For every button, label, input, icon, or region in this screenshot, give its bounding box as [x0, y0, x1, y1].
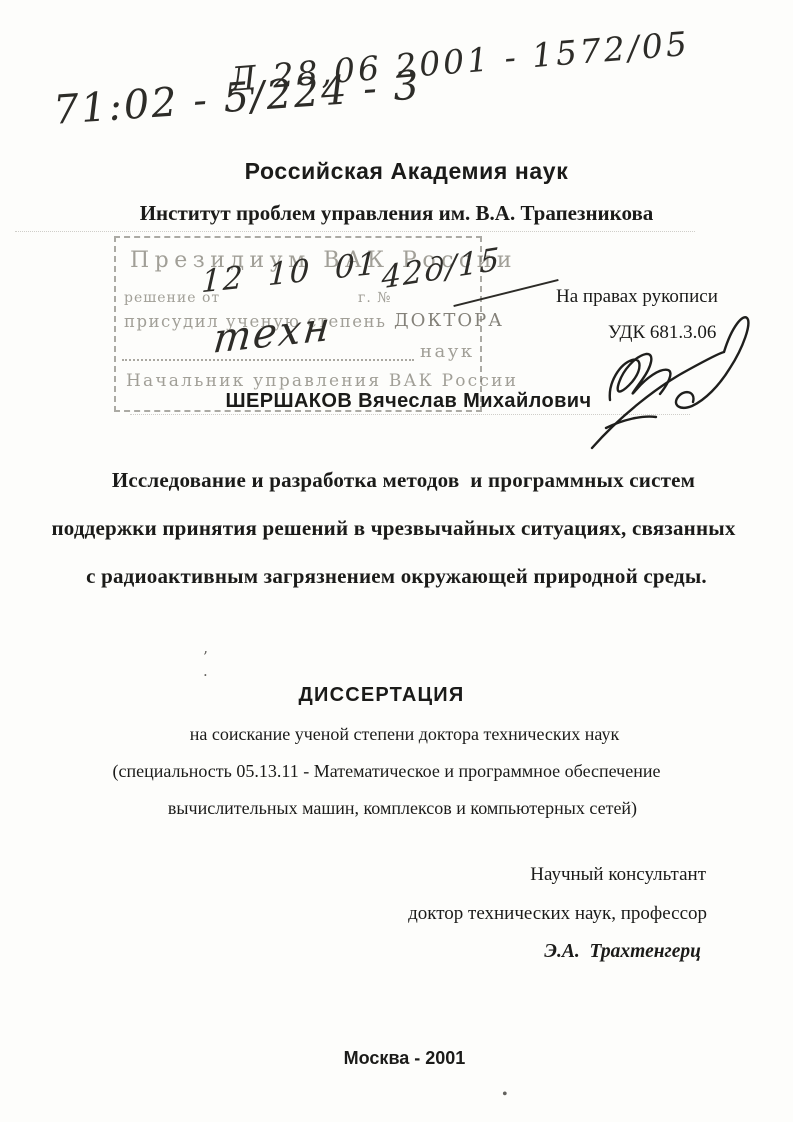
stray-mark-upper: ’·: [203, 648, 208, 684]
institute-name: Институт проблем управления им. В.А. Тра…: [0, 201, 793, 226]
dissertation-title-page: Д 28,06 2001 - 1572/05 71:02 - 5/224 - 3…: [0, 0, 793, 1122]
title-line-2: поддержки принятия решений в чрезвычайны…: [0, 516, 790, 541]
consultant-degree: доктор технических наук, профессор: [408, 903, 707, 925]
consultant-name: Э.А. Трахтенгерц: [544, 941, 701, 963]
vak-approval-stamp: Президиум ВАК России решение от г. № 12 …: [114, 236, 482, 412]
scan-artifact-line-top: [15, 231, 695, 232]
manuscript-rights-note: На правах рукописи: [556, 286, 718, 308]
consultant-label: Научный консультант: [530, 864, 706, 886]
city-year: Москва - 2001: [8, 1048, 793, 1069]
stamp-award-degree: ДОКТОРА: [394, 310, 504, 331]
title-line-3: с радиоактивным загрязнением окружающей …: [0, 564, 793, 589]
degree-line: на соискание ученой степени доктора техн…: [8, 724, 793, 745]
author-name: ШЕРШАКОВ Вячеслав Михайлович: [12, 390, 793, 413]
specialty-line-2: вычислительных машин, комплексов и компь…: [6, 798, 793, 819]
title-line-1: Исследование и разработка методов и прог…: [7, 468, 793, 493]
stamp-official-line: Начальник управления ВАК России: [126, 371, 518, 391]
document-type: ДИССЕРТАЦИЯ: [0, 684, 778, 707]
stamp-fill-line: [122, 359, 414, 361]
stray-mark-lower: •: [502, 1086, 508, 1104]
academy-name: Российская Академия наук: [10, 158, 793, 185]
stamp-field-suffix: наук: [420, 341, 475, 362]
signature-graphic: [572, 308, 762, 458]
specialty-line-1: (специальность 05.13.11 - Математическое…: [0, 761, 783, 782]
